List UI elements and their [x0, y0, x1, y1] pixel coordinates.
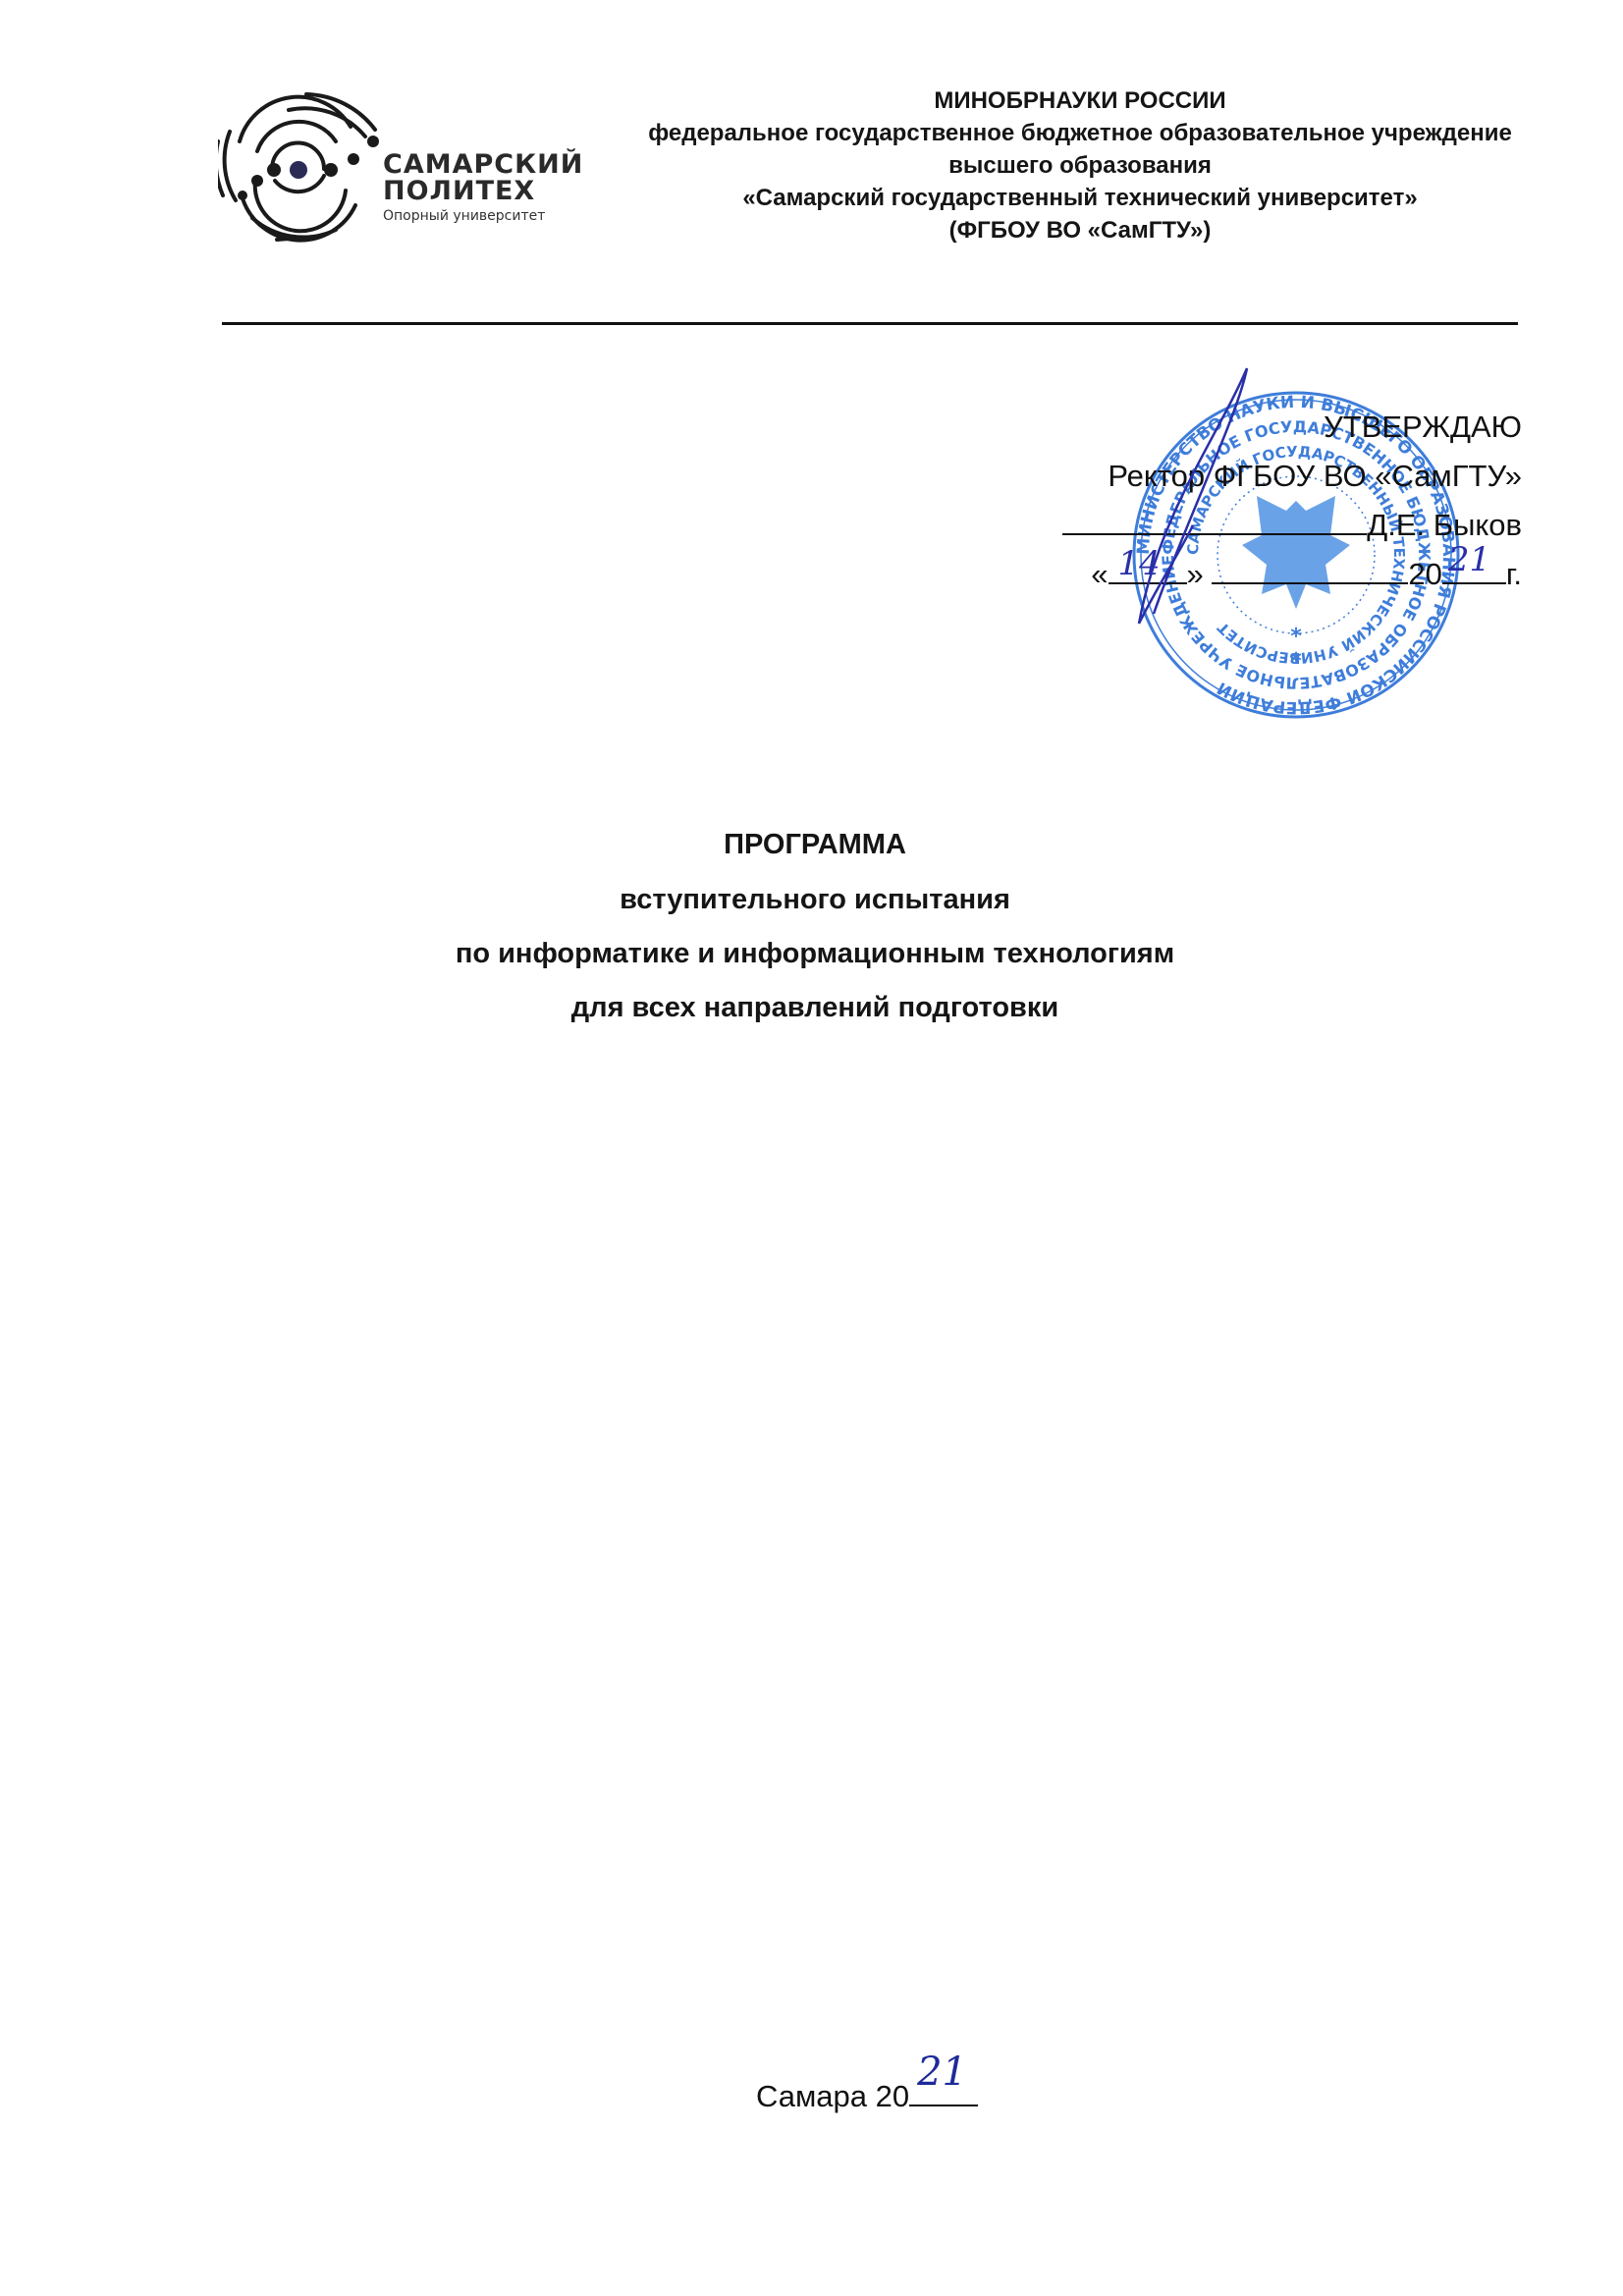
university-logo: САМАРСКИЙ ПОЛИТЕХ Опорный университет	[218, 82, 591, 249]
logo-text: САМАРСКИЙ ПОЛИТЕХ Опорный университет	[383, 151, 583, 224]
svg-text:*: *	[1290, 649, 1302, 674]
header-line: федеральное государственное бюджетное об…	[619, 117, 1542, 149]
date-year-blank: 21	[1442, 553, 1506, 584]
logo-title-line2: ПОЛИТЕХ	[383, 178, 583, 204]
atom-orbits-icon	[218, 82, 385, 249]
title-line: по информатике и информационным технолог…	[295, 934, 1335, 973]
year-suffix: 21	[917, 2050, 967, 2095]
date-year-prefix: 20	[1408, 557, 1441, 591]
title-line: для всех направлений подготовки	[295, 988, 1335, 1027]
header-line: (ФГБОУ ВО «СамГТУ»)	[619, 214, 1542, 246]
header-line: МИНОБРНАУКИ РОССИИ	[619, 84, 1542, 117]
date-suffix: г.	[1506, 557, 1522, 591]
document-page: САМАРСКИЙ ПОЛИТЕХ Опорный университет МИ…	[0, 0, 1623, 2296]
approval-name: Д.Е. Быков	[1367, 508, 1522, 542]
rector-signature	[1100, 358, 1296, 633]
header-divider	[222, 322, 1518, 325]
title-main: ПРОГРАММА	[295, 825, 1335, 864]
city-year-prefix: Самара 20	[756, 2079, 909, 2113]
document-title: ПРОГРАММА вступительного испытания по ин…	[295, 825, 1335, 1042]
header-line: высшего образования	[619, 149, 1542, 182]
logo-subtitle: Опорный университет	[383, 208, 583, 224]
title-line: вступительного испытания	[295, 880, 1335, 919]
header-line: «Самарский государственный технический у…	[619, 182, 1542, 214]
date-year-suffix: 21	[1448, 535, 1490, 584]
place-year: Самара 2021	[756, 2077, 978, 2114]
logo-title-line1: САМАРСКИЙ	[383, 151, 583, 178]
year-blank: 21	[909, 2077, 978, 2106]
institution-header: МИНОБРНАУКИ РОССИИ федеральное государст…	[619, 84, 1542, 246]
